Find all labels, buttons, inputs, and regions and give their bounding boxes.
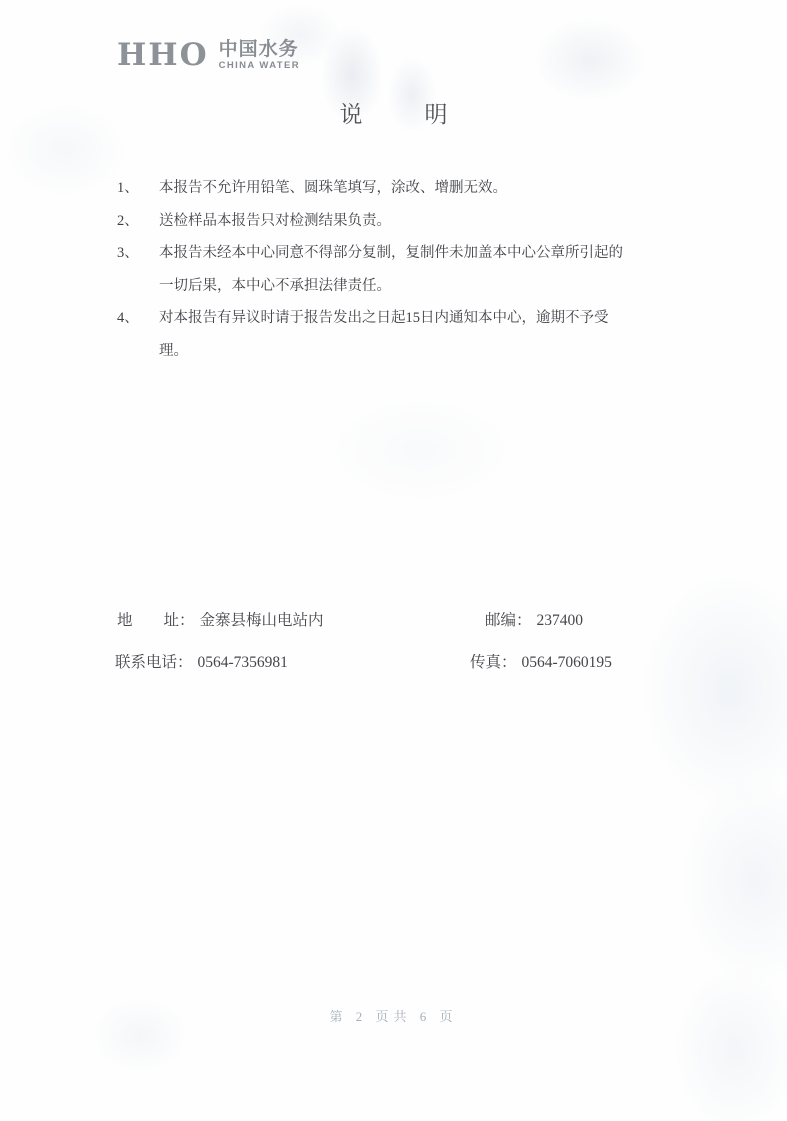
- address-value: 金寨县梅山电站内: [200, 612, 324, 629]
- page-title-char-2: 明: [425, 96, 448, 129]
- note-number: 4、: [117, 302, 159, 335]
- note-text: 本报告不允许用铅笔、圆珠笔填写，涂改、增删无效。: [159, 172, 631, 205]
- scanned-report-page: HHO 中国水务 CHINA WATER 说 明 1、 本报告不允许用铅笔、圆珠…: [0, 0, 787, 1121]
- address-label: 地 址：: [117, 612, 195, 629]
- page-number-footer: 第 2 页共 6 页: [0, 1006, 787, 1025]
- logo-acronym: HHO: [117, 40, 209, 71]
- note-text: 送检样品本报告只对检测结果负责。: [159, 205, 631, 238]
- postcode-label: 邮编：: [485, 612, 532, 629]
- note-number: 1、: [117, 172, 159, 205]
- note-item-2: 2、 送检样品本报告只对检测结果负责。: [117, 205, 633, 238]
- note-text: 本报告未经本中心同意不得部分复制，复制件未加盖本中心公章所引起的一切后果，本中心…: [159, 237, 631, 302]
- note-item-3: 3、 本报告未经本中心同意不得部分复制，复制件未加盖本中心公章所引起的一切后果，…: [117, 237, 633, 302]
- logo-chinese-name: 中国水务: [219, 40, 300, 61]
- address-line: 地 址：金寨县梅山电站内: [117, 608, 324, 630]
- postcode-line: 邮编：237400: [485, 608, 583, 630]
- scan-artifacts: [0, 0, 787, 1121]
- page-number-text: 第 2 页共 6 页: [329, 1009, 457, 1024]
- note-item-1: 1、 本报告不允许用铅笔、圆珠笔填写，涂改、增删无效。: [117, 172, 633, 205]
- notes-list: 1、 本报告不允许用铅笔、圆珠笔填写，涂改、增删无效。 2、 送检样品本报告只对…: [117, 172, 633, 368]
- page-title: 说 明: [0, 96, 787, 129]
- page-title-char-1: 说: [340, 96, 363, 129]
- phone-label: 联系电话：: [115, 654, 193, 671]
- postcode-value: 237400: [537, 612, 584, 629]
- note-item-4: 4、 对本报告有异议时请于报告发出之日起15日内通知本中心，逾期不予受理。: [117, 302, 633, 367]
- fax-line: 传真：0564-7060195: [470, 650, 612, 672]
- phone-value: 0564-7356981: [198, 654, 288, 671]
- note-text: 对本报告有异议时请于报告发出之日起15日内通知本中心，逾期不予受理。: [159, 302, 631, 367]
- company-logo: HHO 中国水务 CHINA WATER: [117, 40, 300, 71]
- fax-label: 传真：: [470, 654, 517, 671]
- logo-english-name: CHINA WATER: [219, 61, 300, 71]
- phone-line: 联系电话：0564-7356981: [115, 650, 288, 672]
- fax-value: 0564-7060195: [522, 654, 612, 671]
- note-number: 3、: [117, 237, 159, 270]
- note-number: 2、: [117, 205, 159, 238]
- logo-wordmark: 中国水务 CHINA WATER: [219, 40, 300, 71]
